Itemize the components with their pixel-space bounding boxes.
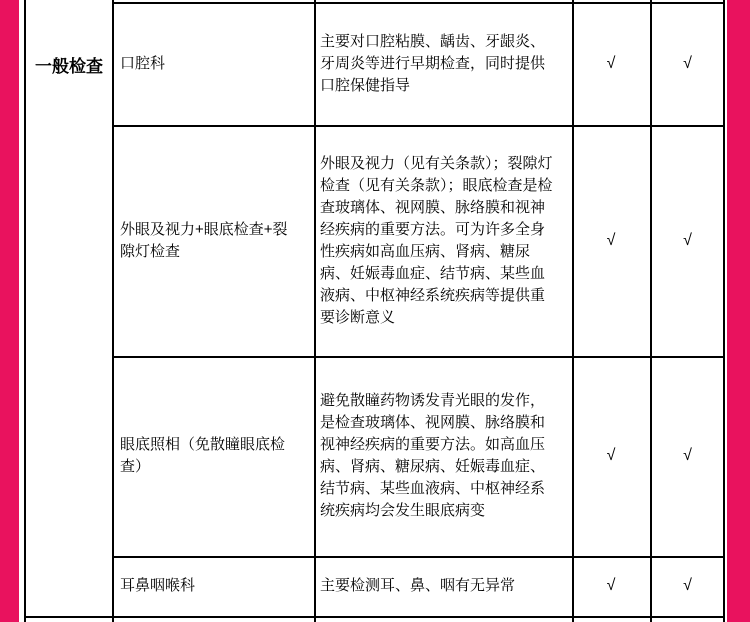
checkmark-cell: √ bbox=[574, 356, 648, 556]
item-text: 口腔科 bbox=[120, 53, 165, 75]
checkmark: √ bbox=[683, 55, 692, 73]
description-text: 避免散瞳药物诱发青光眼的发作，是检查玻璃体、视网膜、脉络膜和视神经疾病的重要方法… bbox=[320, 390, 555, 522]
item-cell: 外眼及视力+眼底检查+裂隙灯检查 bbox=[120, 125, 302, 356]
item-cell: 耳鼻咽喉科 bbox=[120, 556, 302, 616]
item-text: 外眼及视力+眼底检查+裂隙灯检查 bbox=[120, 219, 302, 263]
checkmark: √ bbox=[607, 232, 616, 250]
checkmark: √ bbox=[607, 577, 616, 595]
checkmark-cell: √ bbox=[652, 556, 723, 616]
right-accent-strip bbox=[727, 0, 750, 622]
checkmark-cell: √ bbox=[574, 556, 648, 616]
item-text: 耳鼻咽喉科 bbox=[120, 575, 195, 597]
grid-line-vertical bbox=[314, 0, 316, 622]
description-cell: 避免散瞳药物诱发青光眼的发作，是检查玻璃体、视网膜、脉络膜和视神经疾病的重要方法… bbox=[320, 356, 555, 556]
item-text: 眼底照相（免散瞳眼底检查） bbox=[120, 434, 302, 478]
description-cell: 外眼及视力（见有关条款）；裂隙灯检查（见有关条款）；眼底检查是检查玻璃体、视网膜… bbox=[320, 125, 555, 356]
item-cell: 口腔科 bbox=[120, 2, 302, 125]
item-cell: 眼底照相（免散瞳眼底检查） bbox=[120, 356, 302, 556]
category-label: 一般检查 bbox=[26, 52, 112, 77]
description-cell: 主要检测耳、鼻、咽有无异常 bbox=[320, 556, 555, 616]
checkmark: √ bbox=[607, 55, 616, 73]
table-border-left bbox=[24, 0, 26, 622]
checkmark-cell: √ bbox=[574, 125, 648, 356]
checkup-table-page: 一般检查 口腔科 主要对口腔粘膜、龋齿、牙龈炎、牙周炎等进行早期检查，同时提供口… bbox=[0, 0, 750, 622]
checkmark: √ bbox=[683, 447, 692, 465]
checkmark-cell: √ bbox=[652, 2, 723, 125]
grid-line-vertical bbox=[112, 0, 114, 622]
description-text: 主要对口腔粘膜、龋齿、牙龈炎、牙周炎等进行早期检查，同时提供口腔保健指导 bbox=[320, 31, 555, 97]
description-text: 主要检测耳、鼻、咽有无异常 bbox=[320, 575, 515, 597]
checkmark-cell: √ bbox=[652, 356, 723, 556]
grid-line-horizontal bbox=[24, 616, 725, 618]
checkmark-cell: √ bbox=[652, 125, 723, 356]
checkmark: √ bbox=[607, 447, 616, 465]
checkmark: √ bbox=[683, 577, 692, 595]
checkmark-cell: √ bbox=[574, 2, 648, 125]
description-cell: 主要对口腔粘膜、龋齿、牙龈炎、牙周炎等进行早期检查，同时提供口腔保健指导 bbox=[320, 2, 555, 125]
description-text: 外眼及视力（见有关条款）；裂隙灯检查（见有关条款）；眼底检查是检查玻璃体、视网膜… bbox=[320, 153, 555, 329]
checkmark: √ bbox=[683, 232, 692, 250]
table-border-right bbox=[723, 0, 725, 622]
left-accent-strip bbox=[0, 0, 19, 622]
